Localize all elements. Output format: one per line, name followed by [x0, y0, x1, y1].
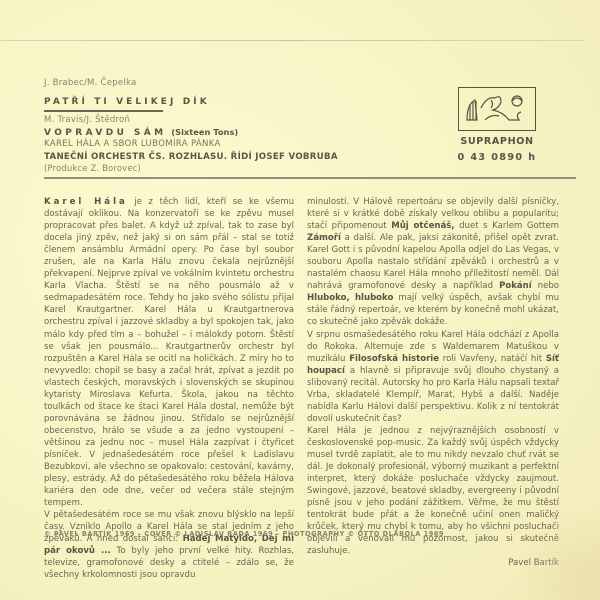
liner-text: a hlavně si připravuje svůj dlouho chyst…	[307, 366, 559, 424]
liner-paragraph: V srpnu osmašedesátého roku Karel Hála o…	[307, 329, 559, 425]
liner-text: roli Vavřeny, natáčí hit	[439, 354, 546, 364]
track2-title: VOPRAVDU SÁM	[44, 128, 166, 138]
liner-notes-right-column: minulostí. V Hálově repertoáru se objevi…	[307, 196, 559, 569]
song-title-bold: Můj otčenáš,	[391, 221, 454, 231]
track2-subtitle: (Sixteen Tons)	[171, 127, 238, 137]
supraphon-lion-harp-emblem-icon	[461, 90, 533, 128]
copyright-line: © PAVEL BARTÍK 1969 – COVER © LADISLAV R…	[44, 530, 564, 538]
track1-title-underline	[44, 110, 163, 112]
liner-paragraph: minulostí. V Hálově repertoáru se objevi…	[307, 196, 559, 329]
producer-line: (Produkce Z. Borovec)	[44, 163, 564, 174]
label-name: SUPRAPHON	[447, 136, 547, 147]
sleeve-fold-line	[0, 40, 585, 41]
lead-name: Karel Hála	[44, 197, 128, 207]
song-title-bold: Pokání	[499, 281, 532, 291]
song-title-bold: Filosofská historie	[349, 354, 439, 364]
catalog-number: 0 43 0890 h	[447, 152, 547, 163]
record-label-block: SUPRAPHON 0 43 0890 h	[447, 87, 547, 163]
liner-text: je z těch lidí, kteří se ke všemu dostáv…	[44, 197, 294, 508]
liner-paragraph: V pětašedesátém roce se mu však znovu bl…	[44, 509, 294, 581]
song-title-bold: Hluboko, hluboko	[307, 293, 393, 303]
track1-title: PATŘÍ TI VELIKEJ DÍK	[44, 96, 210, 108]
liner-paragraph: Karel Hála je z těch lidí, kteří se ke v…	[44, 196, 294, 509]
author-signature: Pavel Bartík	[307, 557, 559, 569]
header-divider	[44, 177, 576, 179]
liner-text: nebo	[532, 281, 559, 291]
liner-notes-left-column: Karel Hála je z těch lidí, kteří se ke v…	[44, 196, 294, 582]
song-title-bold: Zámoří	[307, 233, 341, 243]
supraphon-logo	[458, 87, 536, 131]
liner-text: duet s Karlem Gottem	[455, 221, 559, 231]
